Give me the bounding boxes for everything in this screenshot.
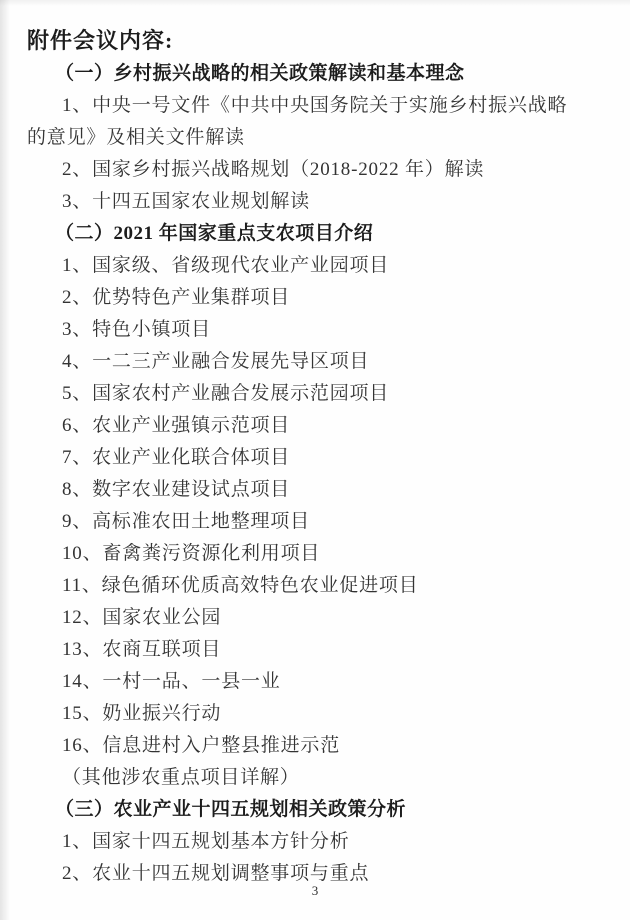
list-item: 2、优势特色产业集群项目: [27, 282, 610, 314]
list-item: 14、一村一品、一县一业: [27, 666, 610, 698]
list-item: 2、国家乡村振兴战略规划（2018-2022 年）解读: [27, 154, 610, 186]
list-item: 13、农商互联项目: [27, 634, 610, 666]
section-heading: （二）2021 年国家重点支农项目介绍: [27, 218, 610, 250]
list-item: 9、高标准农田土地整理项目: [27, 506, 610, 538]
list-item: 1、中央一号文件《中共中央国务院关于实施乡村振兴战略: [27, 90, 610, 122]
document-title: 附件会议内容:: [27, 24, 610, 58]
list-item: 8、数字农业建设试点项目: [27, 474, 610, 506]
list-item: 1、国家十四五规划基本方针分析: [27, 826, 610, 858]
document-body: （一）乡村振兴战略的相关政策解读和基本理念1、中央一号文件《中共中央国务院关于实…: [27, 58, 610, 890]
list-item: 16、信息进村入户整县推进示范: [27, 730, 610, 762]
scan-edge-shade-left: [0, 0, 10, 920]
list-item: 11、绿色循环优质高效特色农业促进项目: [27, 570, 610, 602]
section-heading: （一）乡村振兴战略的相关政策解读和基本理念: [27, 58, 610, 90]
list-item: 4、一二三产业融合发展先导区项目: [27, 346, 610, 378]
document-content: 附件会议内容: （一）乡村振兴战略的相关政策解读和基本理念1、中央一号文件《中共…: [27, 24, 610, 890]
scan-edge-shade-top: [0, 0, 630, 6]
list-item: 3、十四五国家农业规划解读: [27, 186, 610, 218]
wrapped-line: 的意见》及相关文件解读: [27, 122, 610, 154]
list-item: 10、畜禽粪污资源化利用项目: [27, 538, 610, 570]
document-page: 附件会议内容: （一）乡村振兴战略的相关政策解读和基本理念1、中央一号文件《中共…: [0, 0, 630, 920]
list-item: 15、奶业振兴行动: [27, 698, 610, 730]
list-item: 3、特色小镇项目: [27, 314, 610, 346]
list-item: 7、农业产业化联合体项目: [27, 442, 610, 474]
page-number: 3: [0, 883, 630, 899]
list-item: 6、农业产业强镇示范项目: [27, 410, 610, 442]
list-item: （其他涉农重点项目详解）: [27, 762, 610, 794]
list-item: 12、国家农业公园: [27, 602, 610, 634]
list-item: 1、国家级、省级现代农业产业园项目: [27, 250, 610, 282]
section-heading: （三）农业产业十四五规划相关政策分析: [27, 794, 610, 826]
list-item: 5、国家农村产业融合发展示范园项目: [27, 378, 610, 410]
